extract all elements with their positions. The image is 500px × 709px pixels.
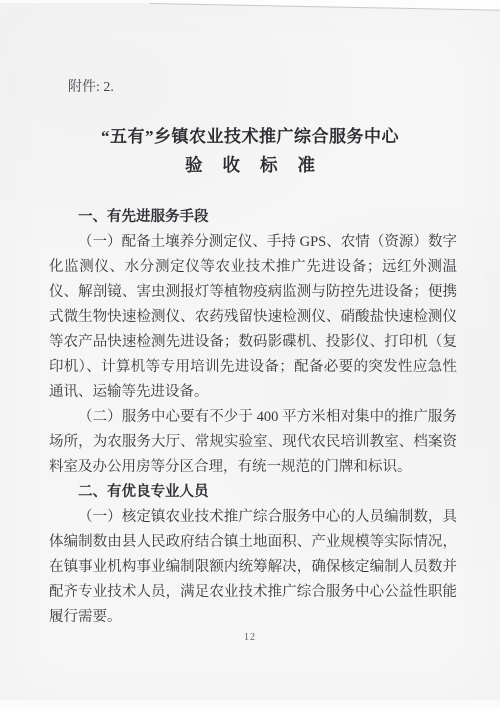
page-number: 12	[0, 631, 500, 645]
document-body: 一、有先进服务手段 （一）配备土壤养分测定仪、手持 GPS、农情（资源）数字化监…	[49, 205, 457, 630]
document-title-line2: 验收标准	[0, 152, 500, 177]
scan-artifact-top-corner	[0, 0, 170, 3]
attachment-label: 附件: 2.	[68, 76, 114, 96]
section-2-heading: 二、有优良专业人员	[49, 480, 457, 505]
scan-artifact-diagonal-edge	[150, 0, 500, 12]
document-title-line1: “五有”乡镇农业技术推广综合服务中心	[0, 122, 500, 147]
scanned-document-page: 附件: 2. “五有”乡镇农业技术推广综合服务中心 验收标准 一、有先进服务手段…	[0, 0, 500, 709]
scan-artifact-bottom-edge	[0, 700, 500, 709]
section-2-paragraph-1: （一）核定镇农业技术推广综合服务中心的人员编制数，具体编制数由县人民政府结合镇土…	[49, 505, 457, 630]
section-1-paragraph-2: （二）服务中心要有不少于 400 平方米相对集中的推广服务场所，为农服务大厅、常…	[49, 405, 457, 480]
section-1-heading: 一、有先进服务手段	[49, 205, 457, 230]
section-1-paragraph-1: （一）配备土壤养分测定仪、手持 GPS、农情（资源）数字化监测仪、水分测定仪等农…	[49, 230, 457, 405]
